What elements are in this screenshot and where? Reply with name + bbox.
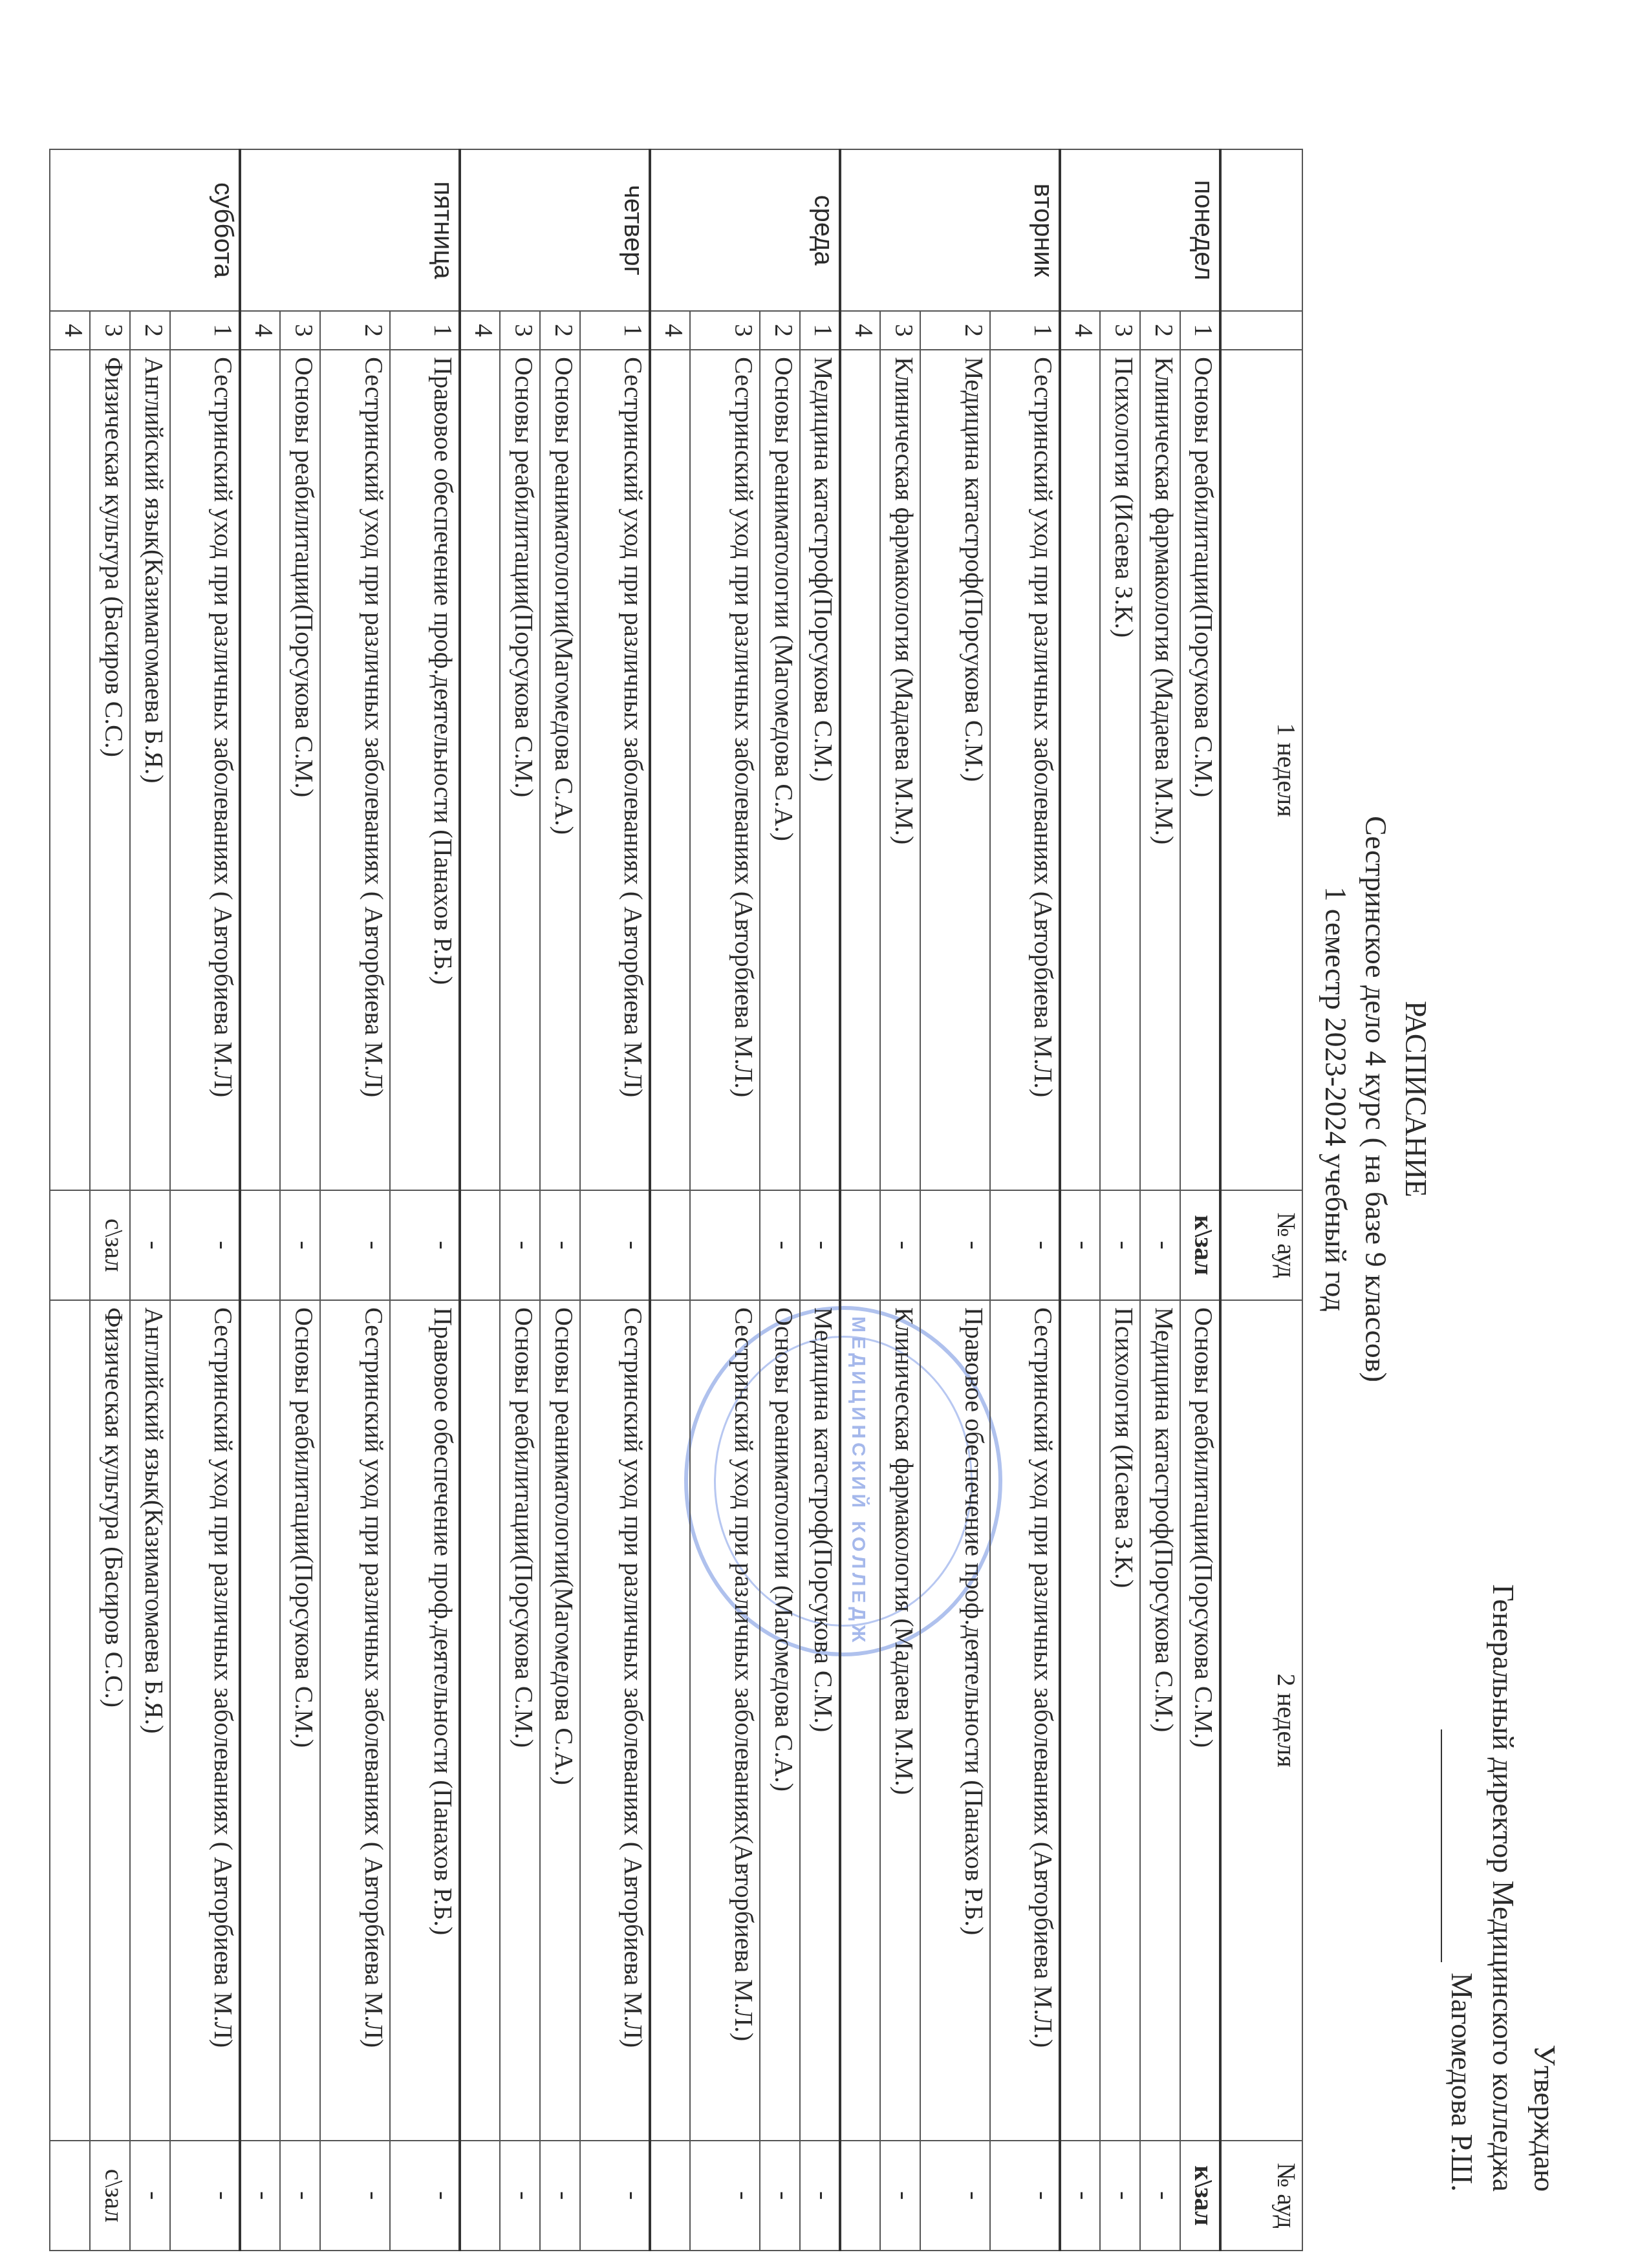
week1-subject: Клиническая фармакология (Мадаева М.М.)	[880, 350, 920, 1190]
table-row: 3Основы реабилитации(Порсукова С.М.)-Осн…	[500, 149, 540, 2251]
week1-room: -	[990, 1190, 1060, 1300]
week1-room	[240, 1190, 280, 1300]
day-name: понедел	[1060, 149, 1220, 311]
lesson-number: 4	[1060, 311, 1100, 350]
header-week-2: 2 неделя	[1220, 1300, 1302, 2141]
week1-subject: Сестринский уход при различных заболеван…	[690, 350, 760, 1190]
lesson-number: 4	[650, 311, 690, 350]
table-row: 4	[460, 149, 500, 2251]
week1-room: -	[1060, 1190, 1100, 1300]
header-aud-1: № ауд	[1220, 1190, 1302, 1300]
week1-room: -	[920, 1190, 990, 1300]
week2-subject	[650, 1300, 690, 2141]
week1-subject: Сестринский уход при различных заболеван…	[170, 350, 240, 1190]
week2-room: к\зал	[1180, 2141, 1220, 2251]
week2-subject: Основы реабилитации(Порсукова С.М.)	[280, 1300, 320, 2141]
table-row: среда1Медицина катастроф(Порсукова С.М.)…	[800, 149, 840, 2251]
lesson-number: 1	[390, 311, 460, 350]
week1-room: -	[280, 1190, 320, 1300]
week1-subject: Физическая культура (Басиров С.С.)	[90, 350, 130, 1190]
week2-room: -	[1060, 2141, 1100, 2251]
table-row: 3Психология (Исаева З.К.)-Психология (Ис…	[1100, 149, 1140, 2251]
week2-room: -	[280, 2141, 320, 2251]
lesson-number: 2	[1140, 311, 1180, 350]
week1-subject: Сестринский уход при различных заболеван…	[990, 350, 1060, 1190]
week2-subject: Основы реабилитации(Порсукова С.М.)	[1180, 1300, 1220, 2141]
week2-room: -	[920, 2141, 990, 2251]
table-row: 2Клиническая фармакология (Мадаева М.М.)…	[1140, 149, 1180, 2251]
week1-room	[460, 1190, 500, 1300]
week2-room: -	[240, 2141, 280, 2251]
week1-subject: Психология (Исаева З.К.)	[1100, 350, 1140, 1190]
lesson-number: 2	[130, 311, 170, 350]
week1-subject: Английский язык(Казимагомаева Б.Я.)	[130, 350, 170, 1190]
week2-subject: Правовое обеспечение проф.деятельности (…	[920, 1300, 990, 2141]
week2-room	[50, 2141, 90, 2251]
week2-subject: Сестринский уход при различных заболеван…	[320, 1300, 390, 2141]
week2-room: -	[880, 2141, 920, 2251]
signature-icon	[1441, 1729, 1468, 1962]
table-row: четверг1Сестринский уход при различных з…	[580, 149, 650, 2251]
week1-room: -	[390, 1190, 460, 1300]
week2-subject	[1060, 1300, 1100, 2141]
week1-subject	[840, 350, 880, 1190]
week2-subject	[50, 1300, 90, 2141]
week2-room: -	[540, 2141, 580, 2251]
page-term: 1 семестр 2023-2024 учебный год	[1315, 647, 1355, 1552]
week1-subject: Сестринский уход при различных заболеван…	[580, 350, 650, 1190]
week2-subject	[840, 1300, 880, 2141]
week1-room	[690, 1190, 760, 1300]
week2-room: -	[990, 2141, 1060, 2251]
day-name: пятница	[240, 149, 460, 311]
week1-room: -	[130, 1190, 170, 1300]
week1-room: -	[880, 1190, 920, 1300]
schedule-page: Утверждаю Генеральный директор Медицинск…	[0, 0, 1649, 2268]
schedule-table: 1 неделя № ауд 2 неделя № ауд понедел1Ос…	[49, 149, 1303, 2251]
week2-room: -	[320, 2141, 390, 2251]
week2-room: -	[170, 2141, 240, 2251]
week1-room: с\зал	[90, 1190, 130, 1300]
table-row: 3Физическая культура (Басиров С.С.)с\зал…	[90, 149, 130, 2251]
lesson-number: 2	[320, 311, 390, 350]
week1-room: -	[170, 1190, 240, 1300]
approval-position: Генеральный директор Медицинского коллед…	[1482, 1481, 1524, 2192]
week2-room: -	[390, 2141, 460, 2251]
lesson-number: 2	[540, 311, 580, 350]
lesson-number: 3	[880, 311, 920, 350]
week2-room: -	[1100, 2141, 1140, 2251]
lesson-number: 2	[760, 311, 800, 350]
week2-room: -	[690, 2141, 760, 2251]
table-row: 4--	[1060, 149, 1100, 2251]
table-row: 2Медицина катастроф(Порсукова С.М.)-Прав…	[920, 149, 990, 2251]
week2-subject: Физическая культура (Басиров С.С.)	[90, 1300, 130, 2141]
lesson-number: 3	[90, 311, 130, 350]
lesson-number: 3	[690, 311, 760, 350]
week1-subject	[460, 350, 500, 1190]
week1-subject	[240, 350, 280, 1190]
week1-room: -	[540, 1190, 580, 1300]
week2-subject: Сестринский уход при различных заболеван…	[990, 1300, 1060, 2141]
week1-subject: Медицина катастроф(Порсукова С.М.)	[920, 350, 990, 1190]
week2-room	[460, 2141, 500, 2251]
week2-room: -	[760, 2141, 800, 2251]
table-row: понедел1Основы реабилитации(Порсукова С.…	[1180, 149, 1220, 2251]
table-row: 4	[650, 149, 690, 2251]
lesson-number: 4	[460, 311, 500, 350]
week2-subject	[240, 1300, 280, 2141]
page-subtitle: Сестринское дело 4 курс ( на базе 9 клас…	[1355, 647, 1396, 1552]
lesson-number: 1	[800, 311, 840, 350]
approval-label: Утверждаю	[1524, 1481, 1565, 2192]
approval-signature-line: Магомедова Р.Ш.	[1441, 1481, 1482, 2192]
table-row: 3Сестринский уход при различных заболева…	[690, 149, 760, 2251]
week1-room	[50, 1190, 90, 1300]
week2-subject	[460, 1300, 500, 2141]
lesson-number: 3	[280, 311, 320, 350]
table-row: суббота1Сестринский уход при различных з…	[170, 149, 240, 2251]
table-row: 2Английский язык(Казимагомаева Б.Я.)-Анг…	[130, 149, 170, 2251]
week1-subject	[1060, 350, 1100, 1190]
lesson-number: 2	[920, 311, 990, 350]
week1-room: -	[580, 1190, 650, 1300]
week1-room: -	[800, 1190, 840, 1300]
week2-room	[650, 2141, 690, 2251]
week1-subject	[650, 350, 690, 1190]
lesson-number: 3	[1100, 311, 1140, 350]
schedule-body: понедел1Основы реабилитации(Порсукова С.…	[50, 149, 1220, 2251]
table-row: 3Основы реабилитации(Порсукова С.М.)-Осн…	[280, 149, 320, 2251]
header-num	[1220, 311, 1302, 350]
week1-subject: Основы реабилитации(Порсукова С.М.)	[280, 350, 320, 1190]
table-row: 2Основы реаниматологии(Магомедова С.А.)-…	[540, 149, 580, 2251]
lesson-number: 1	[1180, 311, 1220, 350]
lesson-number: 4	[840, 311, 880, 350]
week2-subject: Сестринский уход при различных заболеван…	[170, 1300, 240, 2141]
table-row: 3Клиническая фармакология (Мадаева М.М.)…	[880, 149, 920, 2251]
week1-subject: Основы реаниматологии(Магомедова С.А.)	[540, 350, 580, 1190]
header-aud-2: № ауд	[1220, 2141, 1302, 2251]
approval-block: Утверждаю Генеральный директор Медицинск…	[1441, 1481, 1565, 2192]
table-row: 4	[50, 149, 90, 2251]
week2-room: -	[580, 2141, 650, 2251]
week2-room: -	[500, 2141, 540, 2251]
week1-subject	[50, 350, 90, 1190]
table-header-row: 1 неделя № ауд 2 неделя № ауд	[1220, 149, 1302, 2251]
table-row: 2Сестринский уход при различных заболева…	[320, 149, 390, 2251]
lesson-number: 1	[990, 311, 1060, 350]
week2-room: -	[800, 2141, 840, 2251]
header-week-1: 1 неделя	[1220, 350, 1302, 1190]
week1-subject: Сестринский уход при различных заболеван…	[320, 350, 390, 1190]
week2-room: с\зал	[90, 2141, 130, 2251]
lesson-number: 3	[500, 311, 540, 350]
week2-room: -	[130, 2141, 170, 2251]
week1-room: к\зал	[1180, 1190, 1220, 1300]
lesson-number: 4	[50, 311, 90, 350]
week2-subject: Сестринский уход при различных заболеван…	[580, 1300, 650, 2141]
week1-room: -	[1100, 1190, 1140, 1300]
week1-subject: Правовое обеспечение проф.деятельности (…	[390, 350, 460, 1190]
week2-subject: Правовое обеспечение проф.деятельности (…	[390, 1300, 460, 2141]
week2-subject: Психология (Исаева З.К.)	[1100, 1300, 1140, 2141]
week1-room	[650, 1190, 690, 1300]
week1-room: -	[500, 1190, 540, 1300]
week2-subject: Медицина катастроф(Порсукова С.М.)	[1140, 1300, 1180, 2141]
day-name: четверг	[460, 149, 650, 311]
week2-room	[840, 2141, 880, 2251]
table-row: вторник1Сестринский уход при различных з…	[990, 149, 1060, 2251]
lesson-number: 4	[240, 311, 280, 350]
lesson-number: 1	[580, 311, 650, 350]
week1-room: -	[320, 1190, 390, 1300]
lesson-number: 1	[170, 311, 240, 350]
week2-subject: Основы реаниматологии (Магомедова С.А.)	[760, 1300, 800, 2141]
week2-subject: Медицина катастроф(Порсукова С.М.)	[800, 1300, 840, 2141]
approval-name: Магомедова Р.Ш.	[1445, 1973, 1478, 2192]
table-row: 2Основы реаниматологии (Магомедова С.А.)…	[760, 149, 800, 2251]
week1-subject: Основы реабилитации(Порсукова С.М.)	[500, 350, 540, 1190]
week1-subject: Клиническая фармакология (Мадаева М.М.)	[1140, 350, 1180, 1190]
week1-room: -	[1140, 1190, 1180, 1300]
day-name: среда	[650, 149, 840, 311]
week2-subject: Сестринский уход при различных заболеван…	[690, 1300, 760, 2141]
title-block: РАСПИСАНИЕ Сестринское дело 4 курс ( на …	[1315, 647, 1436, 1552]
table-row: 4	[840, 149, 880, 2251]
week1-room	[840, 1190, 880, 1300]
week2-subject: Английский язык(Казимагомаева Б.Я.)	[130, 1300, 170, 2141]
page-title: РАСПИСАНИЕ	[1396, 647, 1436, 1552]
week2-subject: Основы реаниматологии(Магомедова С.А.)	[540, 1300, 580, 2141]
week2-subject: Основы реабилитации(Порсукова С.М.)	[500, 1300, 540, 2141]
table-row: 4-	[240, 149, 280, 2251]
week2-subject: Клиническая фармакология (Мадаева М.М.)	[880, 1300, 920, 2141]
week2-room: -	[1140, 2141, 1180, 2251]
week1-room: -	[760, 1190, 800, 1300]
week1-subject: Медицина катастроф(Порсукова С.М.)	[800, 350, 840, 1190]
day-name: вторник	[840, 149, 1060, 311]
week1-subject: Основы реаниматологии (Магомедова С.А.)	[760, 350, 800, 1190]
header-day	[1220, 149, 1302, 311]
day-name: суббота	[50, 149, 240, 311]
table-row: пятница1Правовое обеспечение проф.деятел…	[390, 149, 460, 2251]
week1-subject: Основы реабилитации(Порсукова С.М.)	[1180, 350, 1220, 1190]
